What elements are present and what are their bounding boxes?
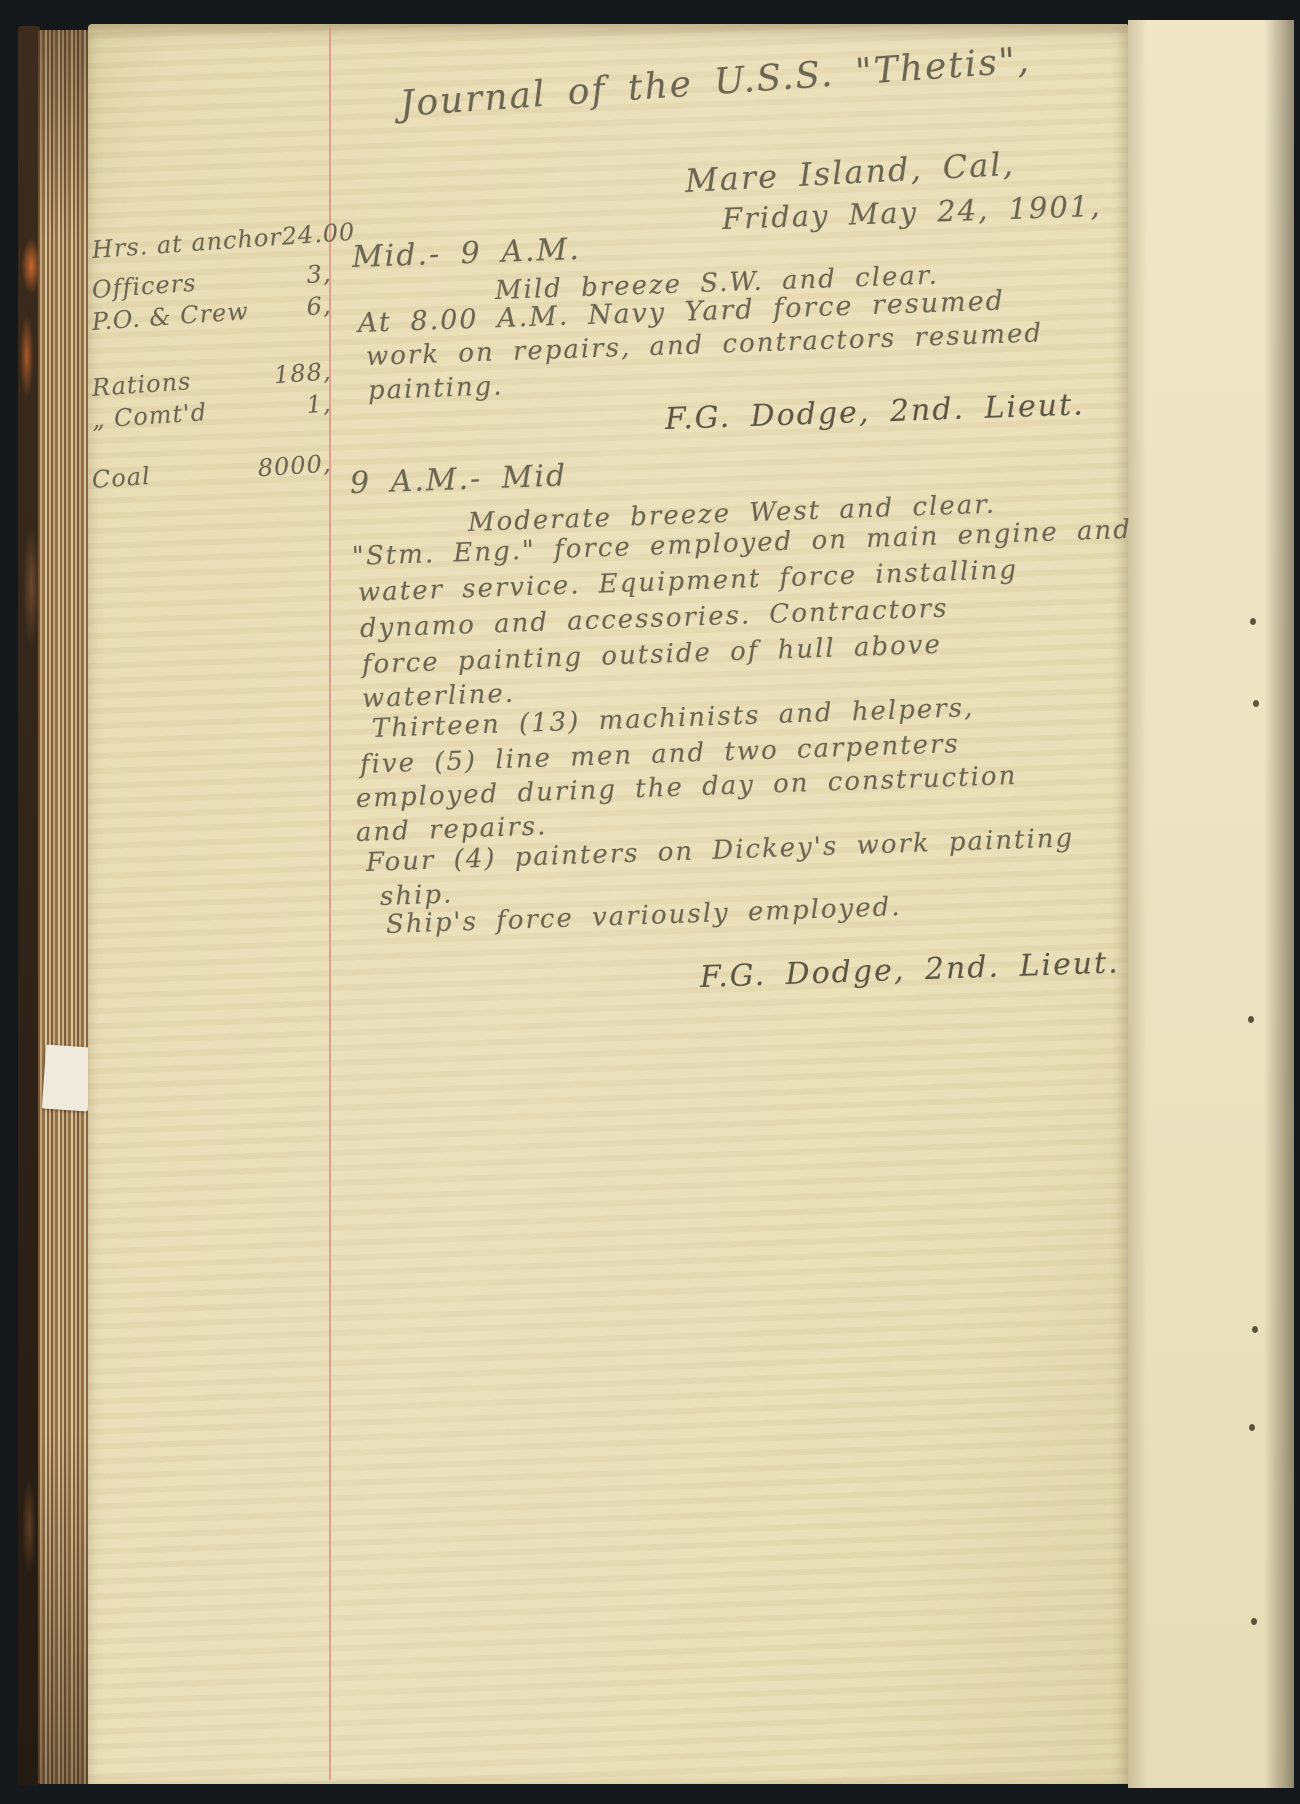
binding-stitch-dot [1248,1016,1254,1023]
margin-value: 6, [306,291,333,321]
binding-stitch-dot [1253,700,1259,707]
binding-stitch-dot [1251,1618,1257,1625]
margin-value: 24.00 [281,218,356,251]
margin-label: Coal [91,462,152,494]
margin-value: 188, [273,357,332,389]
margin-value: 1, [306,389,333,419]
book-spine [18,26,40,1786]
binding-stitch-dot [1249,1424,1255,1431]
binding-stitch-dot [1252,1326,1258,1333]
facing-page-edge [1128,20,1294,1788]
page-edge-stack [38,30,90,1784]
journal-line: painting. [367,371,504,406]
scanned-logbook-photo: Journal of the U.S.S. "Thetis", Mare Isl… [0,0,1300,1804]
loose-paper-tab [42,1044,92,1111]
binding-stitch-dot [1250,618,1256,625]
margin-value: 3, [306,259,333,289]
journal-line: waterline. [361,679,515,714]
margin-value: 8000, [257,449,332,482]
